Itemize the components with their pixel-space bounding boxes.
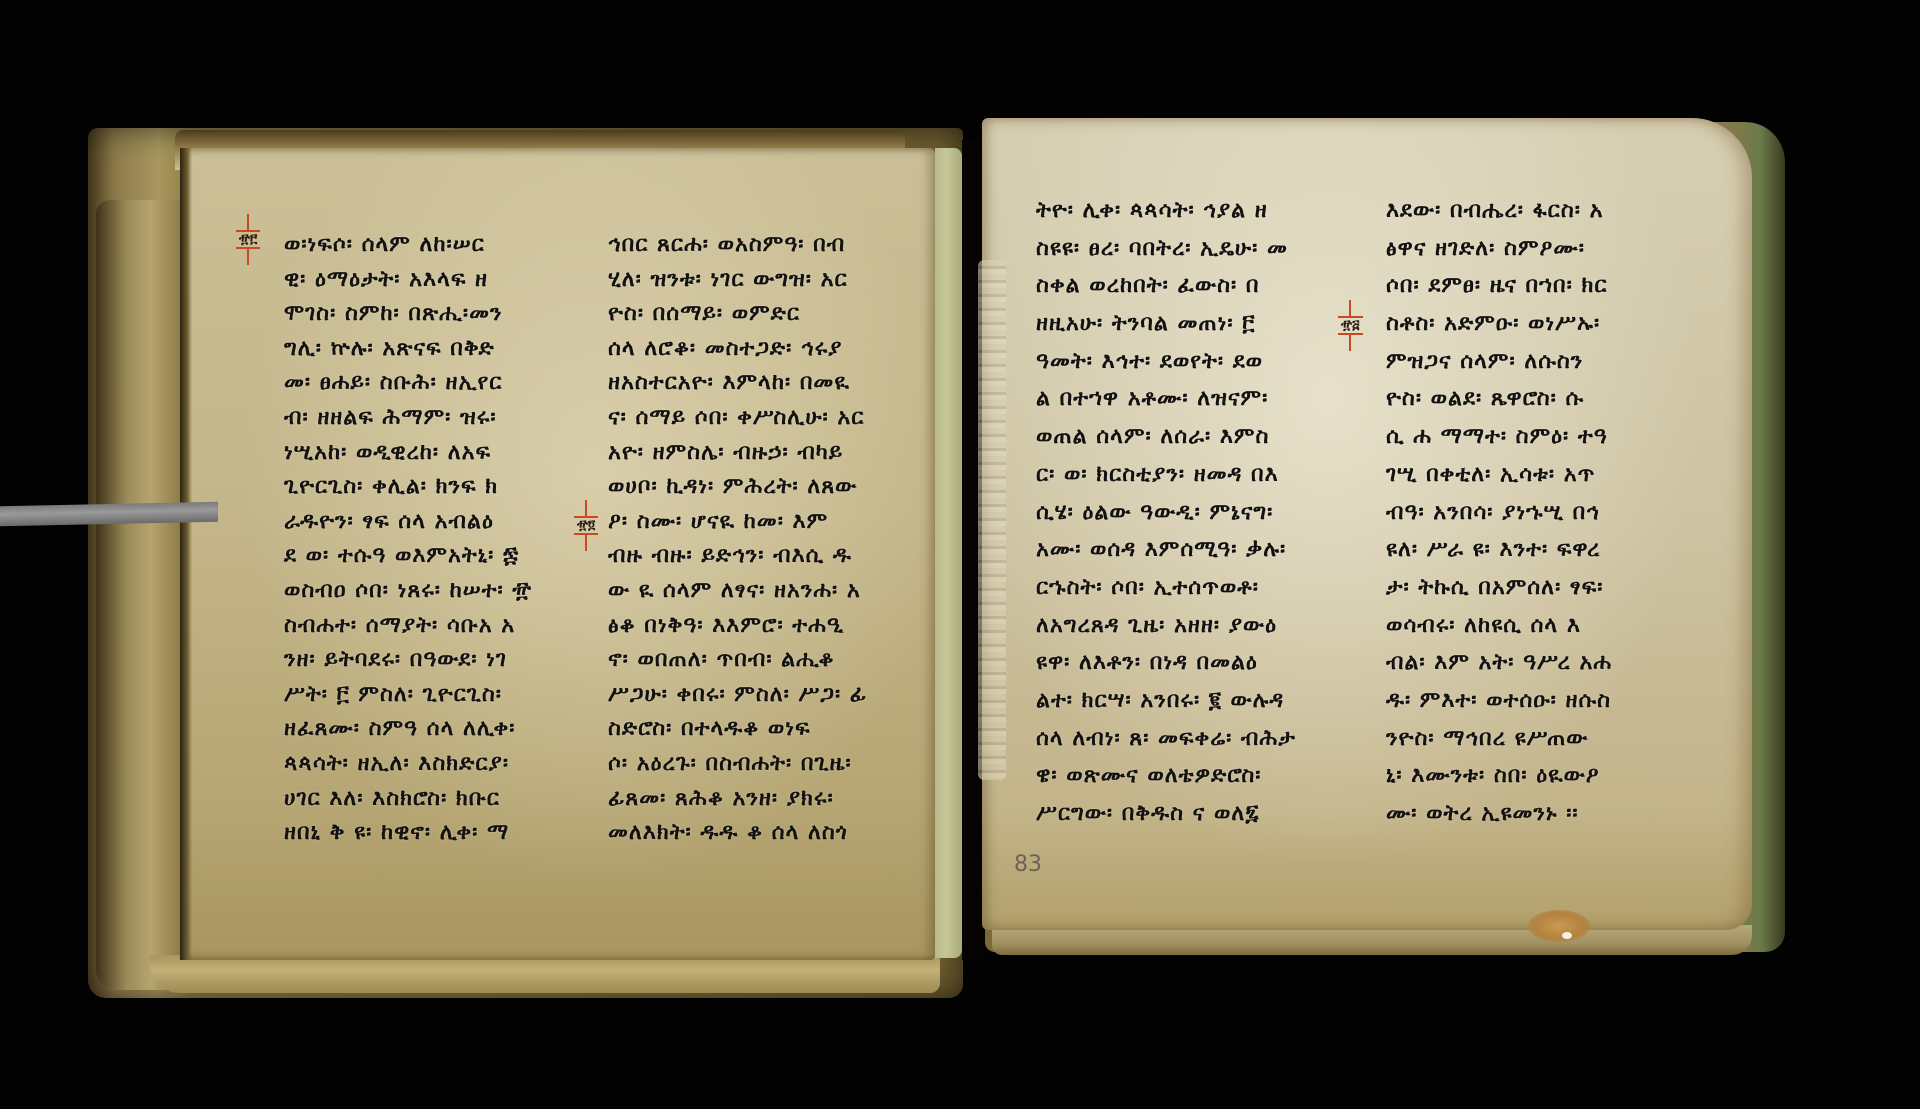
text-line: ኅበር ጸርሐ፡ ወአስምዓ፡ በብ [608, 228, 918, 263]
parchment-stain [1528, 910, 1590, 942]
text-line: ሀገር እለ፡ እስክሮስ፡ ክቡር [284, 782, 584, 817]
text-line: ዮስ፡ በሰማይ፡ ወምድር [608, 297, 918, 332]
text-line: ለአግረጸዳ ጊዜ፡ አዘዘ፡ ያውዕ [1036, 607, 1356, 645]
text-line: ኖ፡ ወበጠለ፡ ጥበብ፡ ልሒቆ [608, 643, 918, 678]
text-line: ብ፡ ዘዘልፍ ሕማም፡ ዝሩ፡ [284, 401, 584, 436]
text-line: ፅቆ በነቅዓ፡ እእምሮ፡ ተሐዒ [608, 609, 918, 644]
text-line: ዌ፡ ወጽሙና ወለቴዎድሮስ፡ [1036, 757, 1356, 795]
text-line: ና፡ ሰማይ ሶበ፡ ቀሥስሊሁ፡ አር [608, 401, 918, 436]
text-line: ርኁስት፡ ሶበ፡ ኢተሰጥወቶ፡ [1036, 569, 1356, 607]
text-line: ሶበ፡ ደምፀ፡ ዜና በኀበ፡ ክር [1386, 267, 1706, 305]
text-line: ሞገስ፡ ስምከ፡ በጽሒ፡መን [284, 297, 584, 332]
text-line: ዘአስተርአዮ፡ እምላከ፡ በመዪ [608, 366, 918, 401]
right-page-column-2: እደው፡ በብሔረ፡ ፋርስ፡ አ ፅዋና ዘገድለ፡ ስምዖሙ፡ ሶበ፡ ደም… [1386, 192, 1706, 833]
left-page-inner-shadow [180, 148, 192, 960]
text-line: ወሳብሩ፡ ለከዩሲ ሰላ እ [1386, 607, 1706, 645]
text-line: ሥት፡ ፫ ምስለ፡ ጊዮርጊስ፡ [284, 678, 584, 713]
text-line: ብዓ፡ አንበሳ፡ ያነኁሢ በኅ [1386, 494, 1706, 532]
text-line: ሂለ፡ ዝንቱ፡ ነገር ውግዝ፡ አር [608, 263, 918, 298]
text-line: ዱ፡ ምእተ፡ ወተሰዑ፡ ዘሱስ [1386, 682, 1706, 720]
text-line: ዘፈጸሙ፡ ስምዓ ሰላ ለሊቀ፡ [284, 712, 584, 747]
right-page-column-1: ትዮ፡ ሊቀ፡ ጳጳሳት፡ ኅያል ዘ ስዩዩ፡ ፀረ፡ ባበትረ፡ ኢዴሁ፡ … [1036, 192, 1356, 833]
marginal-rule-icon [247, 247, 249, 265]
text-line: ወስብዐ ሶበ፡ ነጸሩ፡ ከሠተ፡ ፹ [284, 574, 584, 609]
text-line: ዘበኒ ቅ ዩ፡ ከዊኖ፡ ሊቀ፡ ማ [284, 816, 584, 851]
page-number: 83 [1014, 852, 1042, 877]
text-line: ብል፡ እም አት፡ ዓሥረ አሐ [1386, 644, 1706, 682]
spine-green-strip [935, 148, 962, 958]
text-line: ስድሮስ፡ በተላዱቆ ወነፍ [608, 712, 918, 747]
text-line: ሲሄ፡ ዕልው ዓውዲ፡ ምኔናግ፡ [1036, 494, 1356, 532]
text-line: ጳጳሳት፡ ዘኢለ፡ እስክድርያ፡ [284, 747, 584, 782]
text-line: ል በተኀዋ አቶሙ፡ ለዝናም፡ [1036, 380, 1356, 418]
text-line: ንዮስ፡ ማኅበረ ዩሥጠው [1386, 720, 1706, 758]
text-line: አሙ፡ ወሰዳ እምሰሚዓ፡ ቃሉ፡ [1036, 531, 1356, 569]
text-line: ጊዮርጊስ፡ ቀሊል፡ ክንፍ ክ [284, 470, 584, 505]
text-line: ሶ፡ አዕረጉ፡ በስብሐት፡ በጊዜ፡ [608, 747, 918, 782]
text-line: ዘዚአሁ፡ ትንባል መጠነ፡ ፫ [1036, 305, 1356, 343]
binding-threads [978, 260, 1006, 780]
marginal-number-top: ፹፫ [236, 214, 260, 265]
text-line: ልተ፡ ክርሣ፡ አንበሩ፡ ፪ ውሉዳ [1036, 682, 1356, 720]
left-page-column-1: ወ፡ነፍሶ፡ ሰላም ለከ፡ሠር ዊ፡ ዕማዕታት፡ አእላፍ ዘ ሞገስ፡ ስ… [284, 228, 584, 851]
text-line: ኒ፡ እሙንቱ፡ ስበ፡ ዕዪውዖ [1386, 757, 1706, 795]
left-page-stack-bottom [150, 955, 940, 993]
left-page-column-2: ኅበር ጸርሐ፡ ወአስምዓ፡ በብ ሂለ፡ ዝንቱ፡ ነገር ውግዝ፡ አር … [608, 228, 918, 851]
text-line: ዩዋ፡ ለእቶን፡ በነዳ በመልዕ [1036, 644, 1356, 682]
text-line: ስብሐተ፡ ሰማያት፡ ሳቡአ አ [284, 609, 584, 644]
text-line: ስዩዩ፡ ፀረ፡ ባበትረ፡ ኢዴሁ፡ መ [1036, 230, 1356, 268]
text-line: ንዘ፡ ይትባደሩ፡ በዓውደ፡ ነገ [284, 643, 584, 678]
text-line: ሰላ ለብነ፡ ጸ፡ መፍቀሬ፡ ብሕታ [1036, 720, 1356, 758]
text-line: ወሀቦ፡ ኪዳነ፡ ምሕረት፡ ለጸው [608, 470, 918, 505]
text-line: አዮ፡ ዘምስሌ፡ ብዙኃ፡ ብካይ [608, 436, 918, 471]
text-line: ሲ ሐ ማማተ፡ ስምዕ፡ ተዓ [1386, 418, 1706, 456]
text-line: ሰላ ለሮቆ፡ መስተጋድ፡ ኅሩያ [608, 332, 918, 367]
text-line: ስቶስ፡ አድምዑ፡ ወነሥኡ፡ [1386, 305, 1706, 343]
text-line: ሙ፡ ወትረ ኢዩመንኑ ፡፡ [1386, 795, 1706, 833]
text-line: ነሢአከ፡ ወዲዊረከ፡ ለአፍ [284, 436, 584, 471]
text-line: ፅዋና ዘገድለ፡ ስምዖሙ፡ [1386, 230, 1706, 268]
text-line: መለእክት፡ ዱዱ ቆ ሰላ ለስጎ [608, 816, 918, 851]
text-line: ዊ፡ ዕማዕታት፡ አእላፍ ዘ [284, 263, 584, 298]
text-line: ዖ፡ ስሙ፡ ሆናዪ ከመ፡ እም [608, 505, 918, 540]
text-line: ር፡ ወ፡ ክርስቲያን፡ ዘመዳ በእ [1036, 456, 1356, 494]
text-line: ገሢ በቀቲለ፡ ኢሳቱ፡ አጥ [1386, 456, 1706, 494]
text-line: ፊጸመ፡ ጸሕቆ አንዘ፡ ያክሩ፡ [608, 782, 918, 817]
text-line: ወ፡ነፍሶ፡ ሰላም ለከ፡ሠር [284, 228, 584, 263]
text-line: ታ፡ ትኩሲ በአምሰለ፡ ፃፍ፡ [1386, 569, 1706, 607]
text-line: መ፡ ፀሐይ፡ ስቡሕ፡ ዘኢየር [284, 366, 584, 401]
text-line: ሥርግው፡ በቅዱስ ና ወለ፯ [1036, 795, 1356, 833]
text-line: ደ ወ፡ ተሱዓ ወእምአትኒ፡ ፷ [284, 539, 584, 574]
text-line: ስቀል ወረከበት፡ ፈውስ፡ በ [1036, 267, 1356, 305]
text-line: ምዝጋና ሰላም፡ ለሱስን [1386, 343, 1706, 381]
text-line: ዮስ፡ ወልደ፡ ጼዋሮስ፡ ሱ [1386, 380, 1706, 418]
text-line: ዩለ፡ ሥራ ዩ፡ እንተ፡ ፍዋረ [1386, 531, 1706, 569]
text-line: ው ዪ ሰላም ለፃና፡ ዘአንሐ፡ አ [608, 574, 918, 609]
text-line: ዓመት፡ እኅተ፡ ደወየት፡ ደወ [1036, 343, 1356, 381]
text-line: እደው፡ በብሔረ፡ ፋርስ፡ አ [1386, 192, 1706, 230]
text-line: ብዙ ብዙ፡ ይድኅን፡ ብእሲ ዱ [608, 539, 918, 574]
stain-highlight [1562, 932, 1572, 939]
text-line: ትዮ፡ ሊቀ፡ ጳጳሳት፡ ኅያል ዘ [1036, 192, 1356, 230]
marginal-rule-icon [585, 533, 587, 551]
text-line: ወጠል ሰላም፡ ለሰራ፡ እምስ [1036, 418, 1356, 456]
text-line: ራዱዮን፡ ፃፍ ሰላ አብልዕ [284, 505, 584, 540]
text-line: ሥጋሁ፡ ቀበሩ፡ ምስለ፡ ሥጋ፡ ፊ [608, 678, 918, 713]
text-line: ግሊ፡ ኵሉ፡ አጽናፍ በቅድ [284, 332, 584, 367]
